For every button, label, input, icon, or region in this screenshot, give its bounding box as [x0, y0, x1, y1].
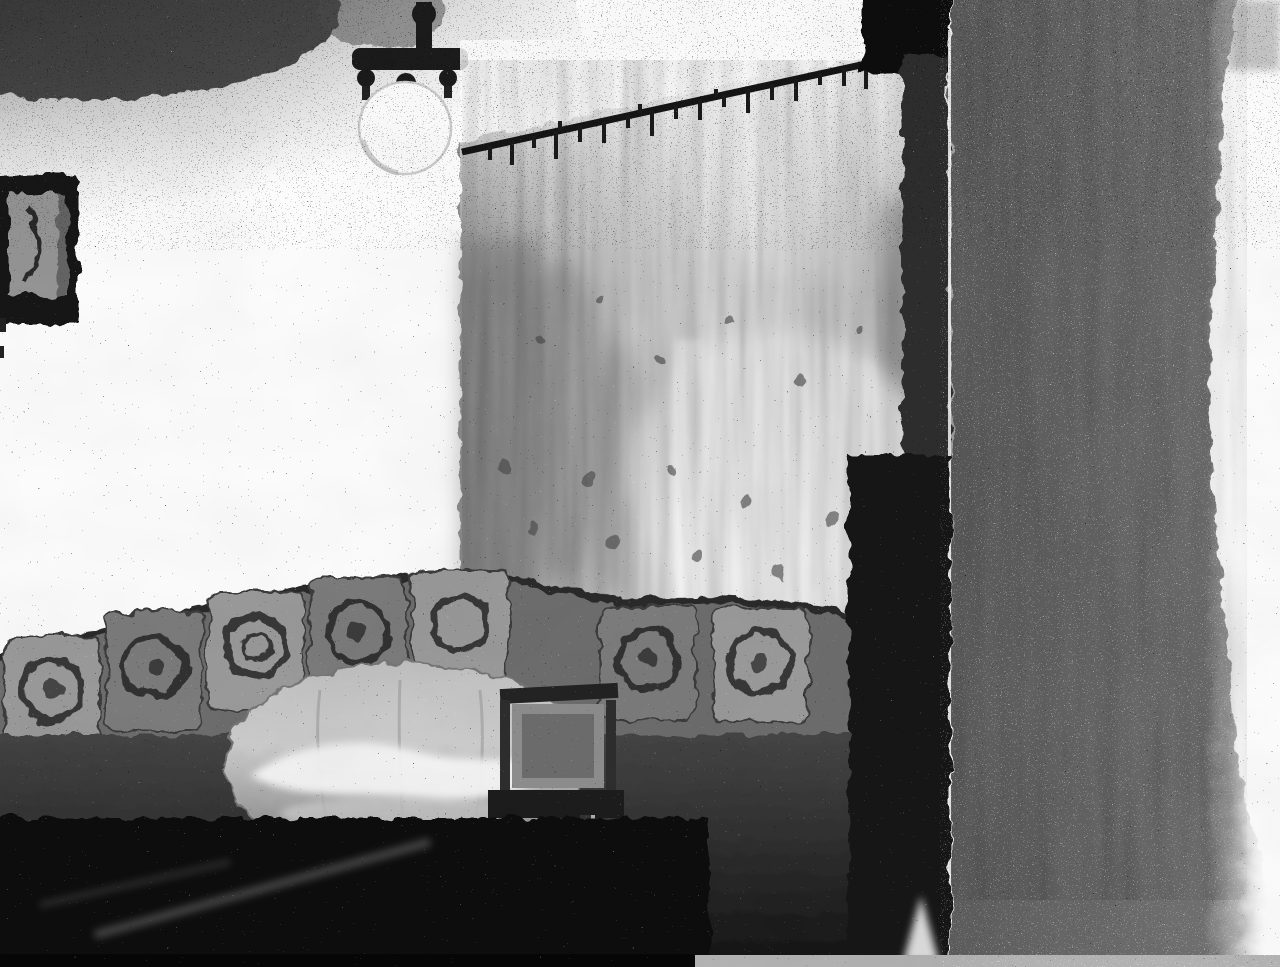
room-photo-canvas: High-contrast halftone scan of an interi…	[0, 0, 1280, 967]
scanned-room-photo: High-contrast halftone scan of an interi…	[0, 0, 1280, 967]
film-grain-wardrobe-speckle	[940, 0, 1280, 967]
